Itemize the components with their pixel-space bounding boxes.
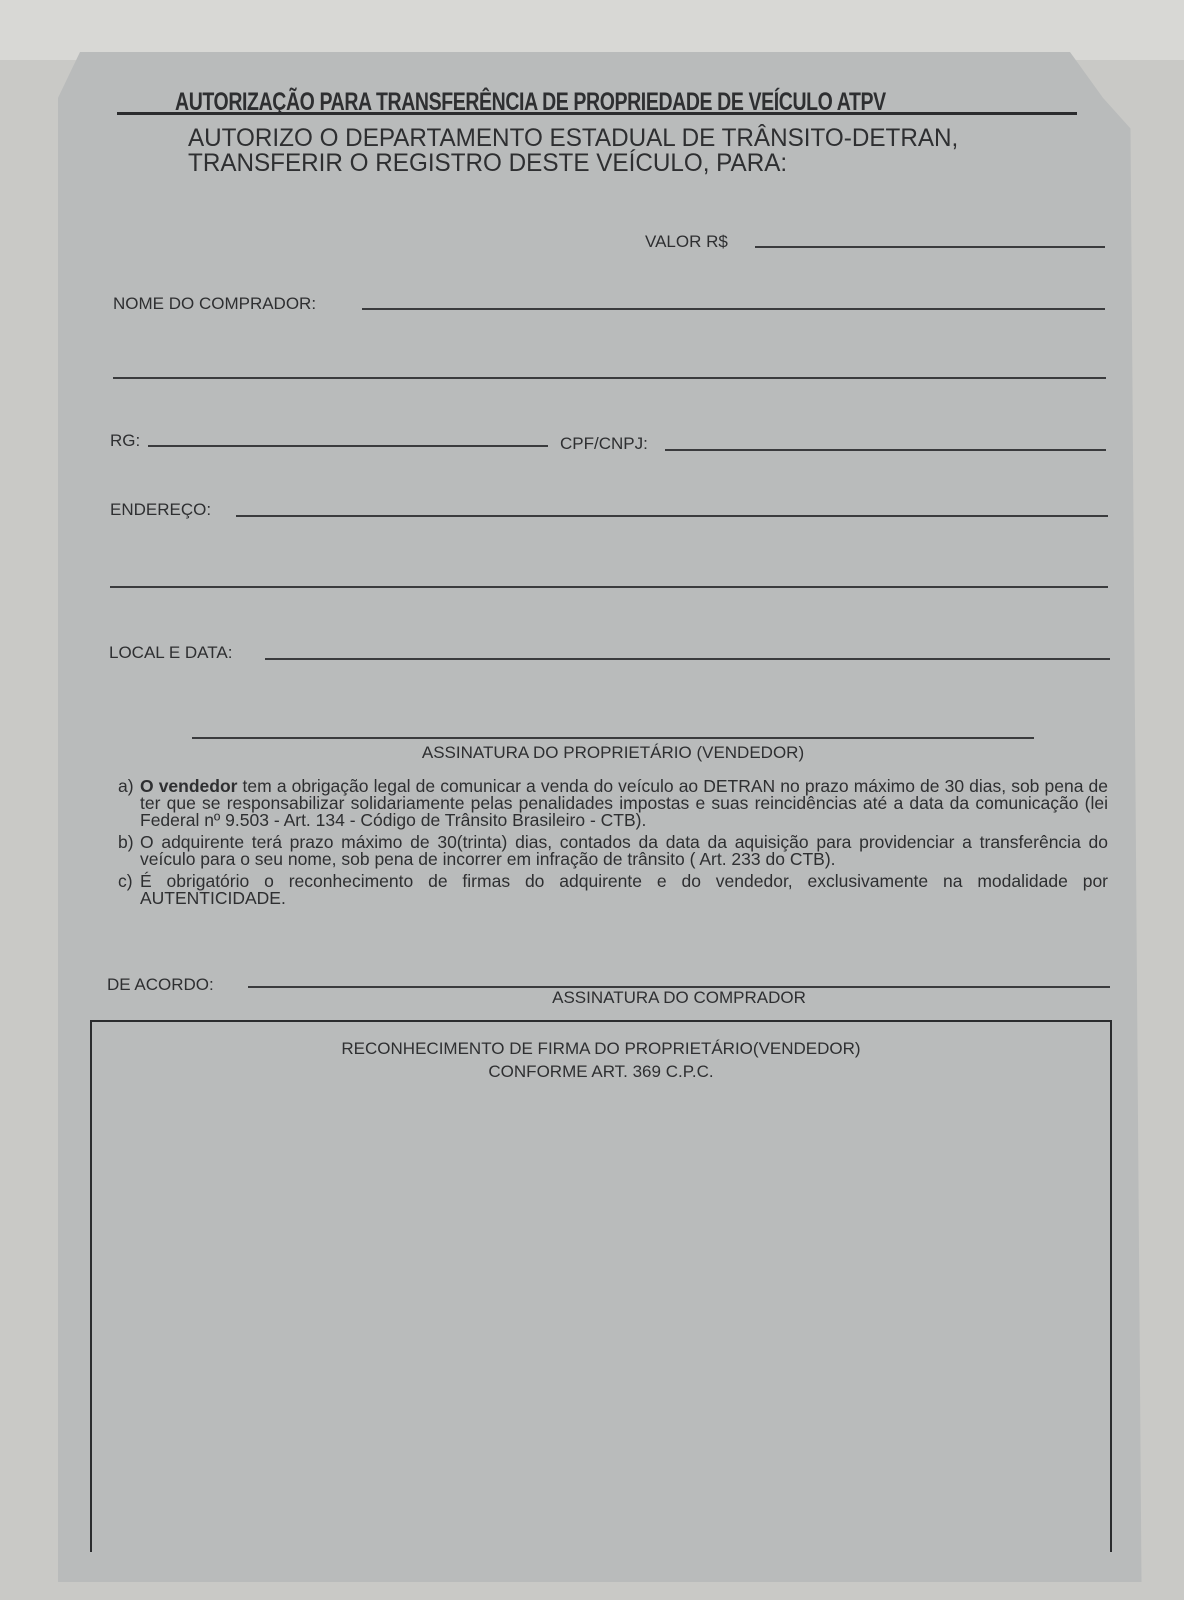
place-date-label: LOCAL E DATA: — [109, 643, 232, 663]
place-date-field[interactable] — [265, 658, 1110, 660]
rg-label: RG: — [110, 431, 140, 451]
note-text: O adquirente terá prazo máximo de 30(tri… — [140, 834, 1108, 868]
buyer-name-field-line-2[interactable] — [113, 377, 1106, 379]
seller-signature-line[interactable] — [192, 737, 1034, 739]
notary-recognition-box — [90, 1020, 1112, 1552]
legal-notes: a) O vendedor tem a obrigação legal de c… — [118, 778, 1108, 912]
note-key: a) — [118, 778, 140, 829]
note-key: b) — [118, 834, 140, 868]
address-field-line-2[interactable] — [110, 586, 1108, 588]
background — [0, 0, 1184, 60]
cpf-cnpj-field[interactable] — [665, 449, 1106, 451]
buyer-name-field[interactable] — [362, 308, 1105, 310]
valor-label: VALOR R$ — [645, 232, 728, 252]
buyer-name-label: NOME DO COMPRADOR: — [113, 294, 316, 314]
note-a: a) O vendedor tem a obrigação legal de c… — [118, 778, 1108, 829]
cpf-cnpj-label: CPF/CNPJ: — [560, 434, 648, 454]
seller-signature-caption: ASSINATURA DO PROPRIETÁRIO (VENDEDOR) — [192, 743, 1034, 763]
note-key: c) — [118, 873, 140, 907]
note-b: b) O adquirente terá prazo máximo de 30(… — [118, 834, 1108, 868]
buyer-signature-caption: ASSINATURA DO COMPRADOR — [248, 988, 1110, 1008]
note-text: tem a obrigação legal de comunicar a ven… — [140, 776, 1108, 830]
note-c: c) É obrigatório o reconhecimento de fir… — [118, 873, 1108, 907]
notary-box-line-1: RECONHECIMENTO DE FIRMA DO PROPRIETÁRIO(… — [90, 1039, 1112, 1059]
authorization-line-2: TRANSFERIR O REGISTRO DESTE VEÍCULO, PAR… — [188, 150, 787, 176]
rg-field[interactable] — [148, 445, 548, 447]
address-field[interactable] — [236, 515, 1108, 517]
address-label: ENDEREÇO: — [110, 500, 211, 520]
de-acordo-label: DE ACORDO: — [107, 975, 214, 995]
valor-field[interactable] — [755, 246, 1105, 248]
note-text: É obrigatório o reconhecimento de firmas… — [140, 873, 1108, 907]
title-rule — [117, 112, 1077, 115]
notary-box-line-2: CONFORME ART. 369 C.P.C. — [90, 1062, 1112, 1082]
authorization-line-1: AUTORIZO O DEPARTAMENTO ESTADUAL DE TRÂN… — [188, 125, 958, 151]
